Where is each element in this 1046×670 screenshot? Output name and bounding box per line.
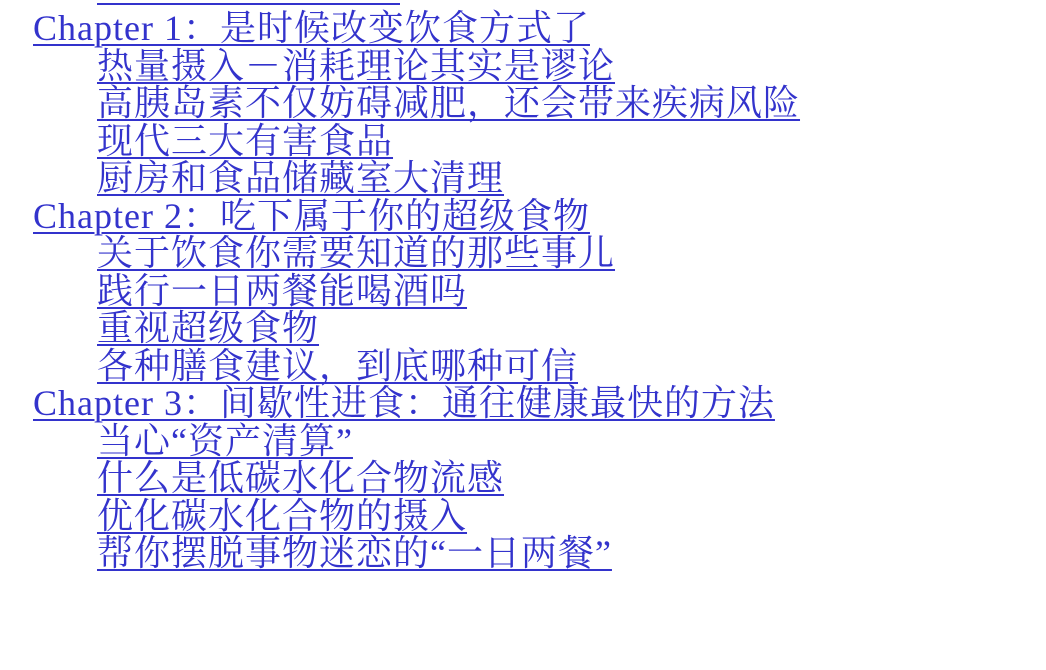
table-of-contents: Chapter 1：是时候改变饮食方式了 热量摄入－消耗理论其实是谬论 高胰岛素…	[0, 10, 1046, 573]
toc-link-ch1-item-4[interactable]: 厨房和食品储藏室大清理	[97, 158, 504, 198]
toc-row: 各种膳食建议，到底哪种可信	[0, 348, 1046, 386]
toc-link-chapter-3[interactable]: Chapter 3：间歇性进食：通往健康最快的方法	[33, 383, 775, 423]
toc-link-chapter-1[interactable]: Chapter 1：是时候改变饮食方式了	[33, 8, 590, 48]
toc-link-chapter-2[interactable]: Chapter 2：吃下属于你的超级食物	[33, 196, 590, 236]
toc-row: Chapter 3：间歇性进食：通往健康最快的方法	[0, 385, 1046, 423]
toc-link-ch1-item-3[interactable]: 现代三大有害食品	[97, 121, 393, 161]
toc-row: Chapter 1：是时候改变饮食方式了	[0, 10, 1046, 48]
toc-row: 当心“资产清算”	[0, 423, 1046, 461]
toc-row: 优化碳水化合物的摄入	[0, 498, 1046, 536]
toc-link-ch3-item-3[interactable]: 优化碳水化合物的摄入	[97, 496, 467, 536]
toc-row: Chapter 2：吃下属于你的超级食物	[0, 198, 1046, 236]
toc-link-ch1-item-1[interactable]: 热量摄入－消耗理论其实是谬论	[97, 46, 615, 86]
toc-link-ch2-item-4[interactable]: 各种膳食建议，到底哪种可信	[97, 346, 578, 386]
toc-row: 重视超级食物	[0, 310, 1046, 348]
toc-row: 现代三大有害食品	[0, 123, 1046, 161]
toc-row: 关于饮食你需要知道的那些事儿	[0, 235, 1046, 273]
toc-link-ch2-item-3[interactable]: 重视超级食物	[97, 308, 319, 348]
toc-link-ch1-item-2[interactable]: 高胰岛素不仅妨碍减肥，还会带来疾病风险	[97, 83, 800, 123]
toc-link-ch2-item-1[interactable]: 关于饮食你需要知道的那些事儿	[97, 233, 615, 273]
toc-row: 什么是低碳水化合物流感	[0, 460, 1046, 498]
toc-link-ch3-item-1[interactable]: 当心“资产清算”	[97, 421, 353, 461]
toc-link-ch3-item-4[interactable]: 帮你摆脱事物迷恋的“一日两餐”	[97, 533, 612, 573]
toc-row: 高胰岛素不仅妨碍减肥，还会带来疾病风险	[0, 85, 1046, 123]
toc-link-ch2-item-2[interactable]: 践行一日两餐能喝酒吗	[97, 271, 467, 311]
toc-link-truncated[interactable]	[97, 3, 400, 5]
toc-row: 热量摄入－消耗理论其实是谬论	[0, 48, 1046, 86]
toc-row: 践行一日两餐能喝酒吗	[0, 273, 1046, 311]
toc-link-ch3-item-2[interactable]: 什么是低碳水化合物流感	[97, 458, 504, 498]
toc-row: 厨房和食品储藏室大清理	[0, 160, 1046, 198]
toc-row: 帮你摆脱事物迷恋的“一日两餐”	[0, 535, 1046, 573]
